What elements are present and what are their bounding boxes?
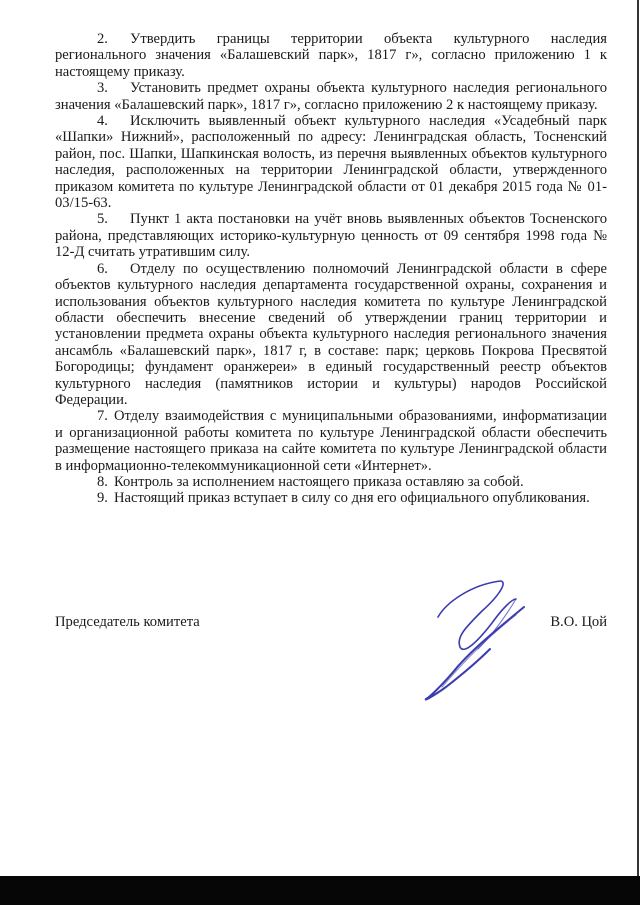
paragraph-8: 8.Контроль за исполнением настоящего при…: [55, 474, 607, 490]
document-body: 2.Утвердить границы территории объекта к…: [55, 31, 607, 507]
paragraph-text: Утвердить границы территории объекта кул…: [55, 31, 607, 80]
paragraph-4: 4.Исключить выявленный объект культурног…: [55, 113, 607, 211]
paragraph-text: Пункт 1 акта постановки на учёт вновь вы…: [55, 211, 607, 260]
paragraph-number: 7.: [97, 408, 108, 424]
signatory-name: В.О. Цой: [550, 614, 607, 630]
paragraph-6: 6.Отделу по осуществлению полномочий Лен…: [55, 261, 607, 409]
paragraph-text: Настоящий приказ вступает в силу со дня …: [114, 490, 590, 506]
paragraph-number: 5.: [97, 211, 130, 227]
paragraph-number: 2.: [97, 31, 130, 47]
paragraph-number: 3.: [97, 80, 130, 96]
scan-bottom-border: [0, 876, 640, 905]
handwritten-signature-icon: [420, 575, 540, 705]
paragraph-text: Отделу взаимодействия с муниципальными о…: [55, 408, 607, 473]
paragraph-5: 5.Пункт 1 акта постановки на учёт вновь …: [55, 211, 607, 260]
paragraph-7: 7.Отделу взаимодействия с муниципальными…: [55, 408, 607, 474]
signatory-title: Председатель комитета: [55, 614, 200, 630]
paragraph-9: 9.Настоящий приказ вступает в силу со дн…: [55, 490, 607, 506]
document-page: 2.Утвердить границы территории объекта к…: [0, 0, 639, 876]
paragraph-text: Установить предмет охраны объекта культу…: [55, 80, 607, 112]
paragraph-number: 6.: [97, 261, 130, 277]
paragraph-number: 8.: [97, 474, 108, 490]
paragraph-text: Контроль за исполнением настоящего прика…: [114, 474, 524, 490]
paragraph-text: Отделу по осуществлению полномочий Ленин…: [55, 261, 607, 408]
paragraph-number: 4.: [97, 113, 130, 129]
paragraph-number: 9.: [97, 490, 108, 506]
paragraph-3: 3.Установить предмет охраны объекта куль…: [55, 80, 607, 113]
paragraph-text: Исключить выявленный объект культурного …: [55, 113, 607, 211]
paragraph-2: 2.Утвердить границы территории объекта к…: [55, 31, 607, 80]
